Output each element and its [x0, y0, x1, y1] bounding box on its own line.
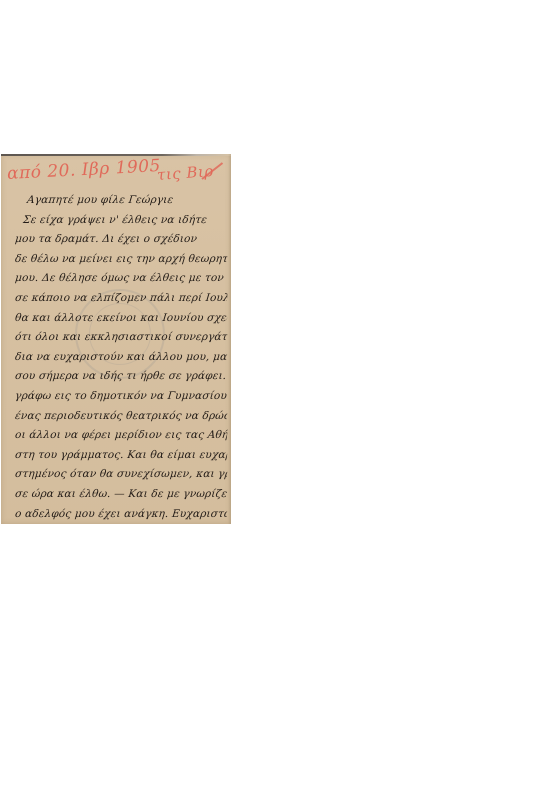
letter-line: γράφω εις το δημοτικόν να Γυμνασίου μου: [14, 387, 228, 407]
letter-line: οι άλλοι να φέρει μερίδιον εις τας Αθήνα…: [14, 426, 228, 446]
letter-line: μου. Δε θέλησε όμως να έλθεις με τον και…: [14, 269, 228, 289]
page-canvas: από 20. Ιβρ 1905 τις Βιρ Αγαπητέ μου φίλ…: [0, 0, 549, 800]
letter-line: σου σήμερα να ιδής τι ήρθε σε γράφει. Γι…: [14, 367, 228, 387]
letter-line: δε θέλω να μείνει εις την αρχή θεωρητικό: [14, 250, 228, 270]
letter-sheet: από 20. Ιβρ 1905 τις Βιρ Αγαπητέ μου φίλ…: [1, 154, 231, 524]
letter-line: σε κάποιο να ελπίζομεν πάλι περί Ιουλίου: [14, 289, 228, 309]
letter-line: σε ώρα και έλθω. — Και δε με γνωρίζεις,: [14, 485, 228, 505]
letter-line: δια να ευχαριστούν και άλλου μου, μαθητά: [14, 348, 228, 368]
letter-line: στη του γράμματος. Και θα είμαι ευχαρι-: [14, 446, 228, 466]
annotation-date: από 20. Ιβρ 1905: [7, 156, 162, 184]
red-pencil-annotation: από 20. Ιβρ 1905 τις Βιρ: [7, 160, 229, 192]
letter-salutation: Αγαπητέ μου φίλε Γεώργιε: [14, 191, 228, 211]
sheet-right-edge: [228, 154, 231, 524]
letter-line: μου τα δραμάτ. Δι έχει ο σχέδιον: [14, 230, 228, 250]
letter-body: Αγαπητέ μου φίλε Γεώργιε Σε είχα γράψει …: [15, 191, 227, 524]
letter-line: Σε είχα γράψει ν' έλθεις να ιδήτε: [14, 211, 228, 231]
letter-line: στημένος όταν θα συνεχίσωμεν, και γράψω: [14, 465, 228, 485]
letter-line: ένας περιοδευτικός θεατρικός να δρώσι: [14, 407, 228, 427]
letter-line: ότι όλοι και εκκλησιαστικοί συνεργάται: [14, 328, 228, 348]
letter-line: θα και άλλοτε εκείνοι και Ιουνίου σχεδόν: [14, 309, 228, 329]
annotation-note: τις Βιρ: [156, 162, 214, 184]
sheet-top-edge: [1, 154, 231, 156]
letter-line: ο αδελφός μου έχει ανάγκη. Ευχαριστώ πάλ…: [14, 505, 228, 525]
